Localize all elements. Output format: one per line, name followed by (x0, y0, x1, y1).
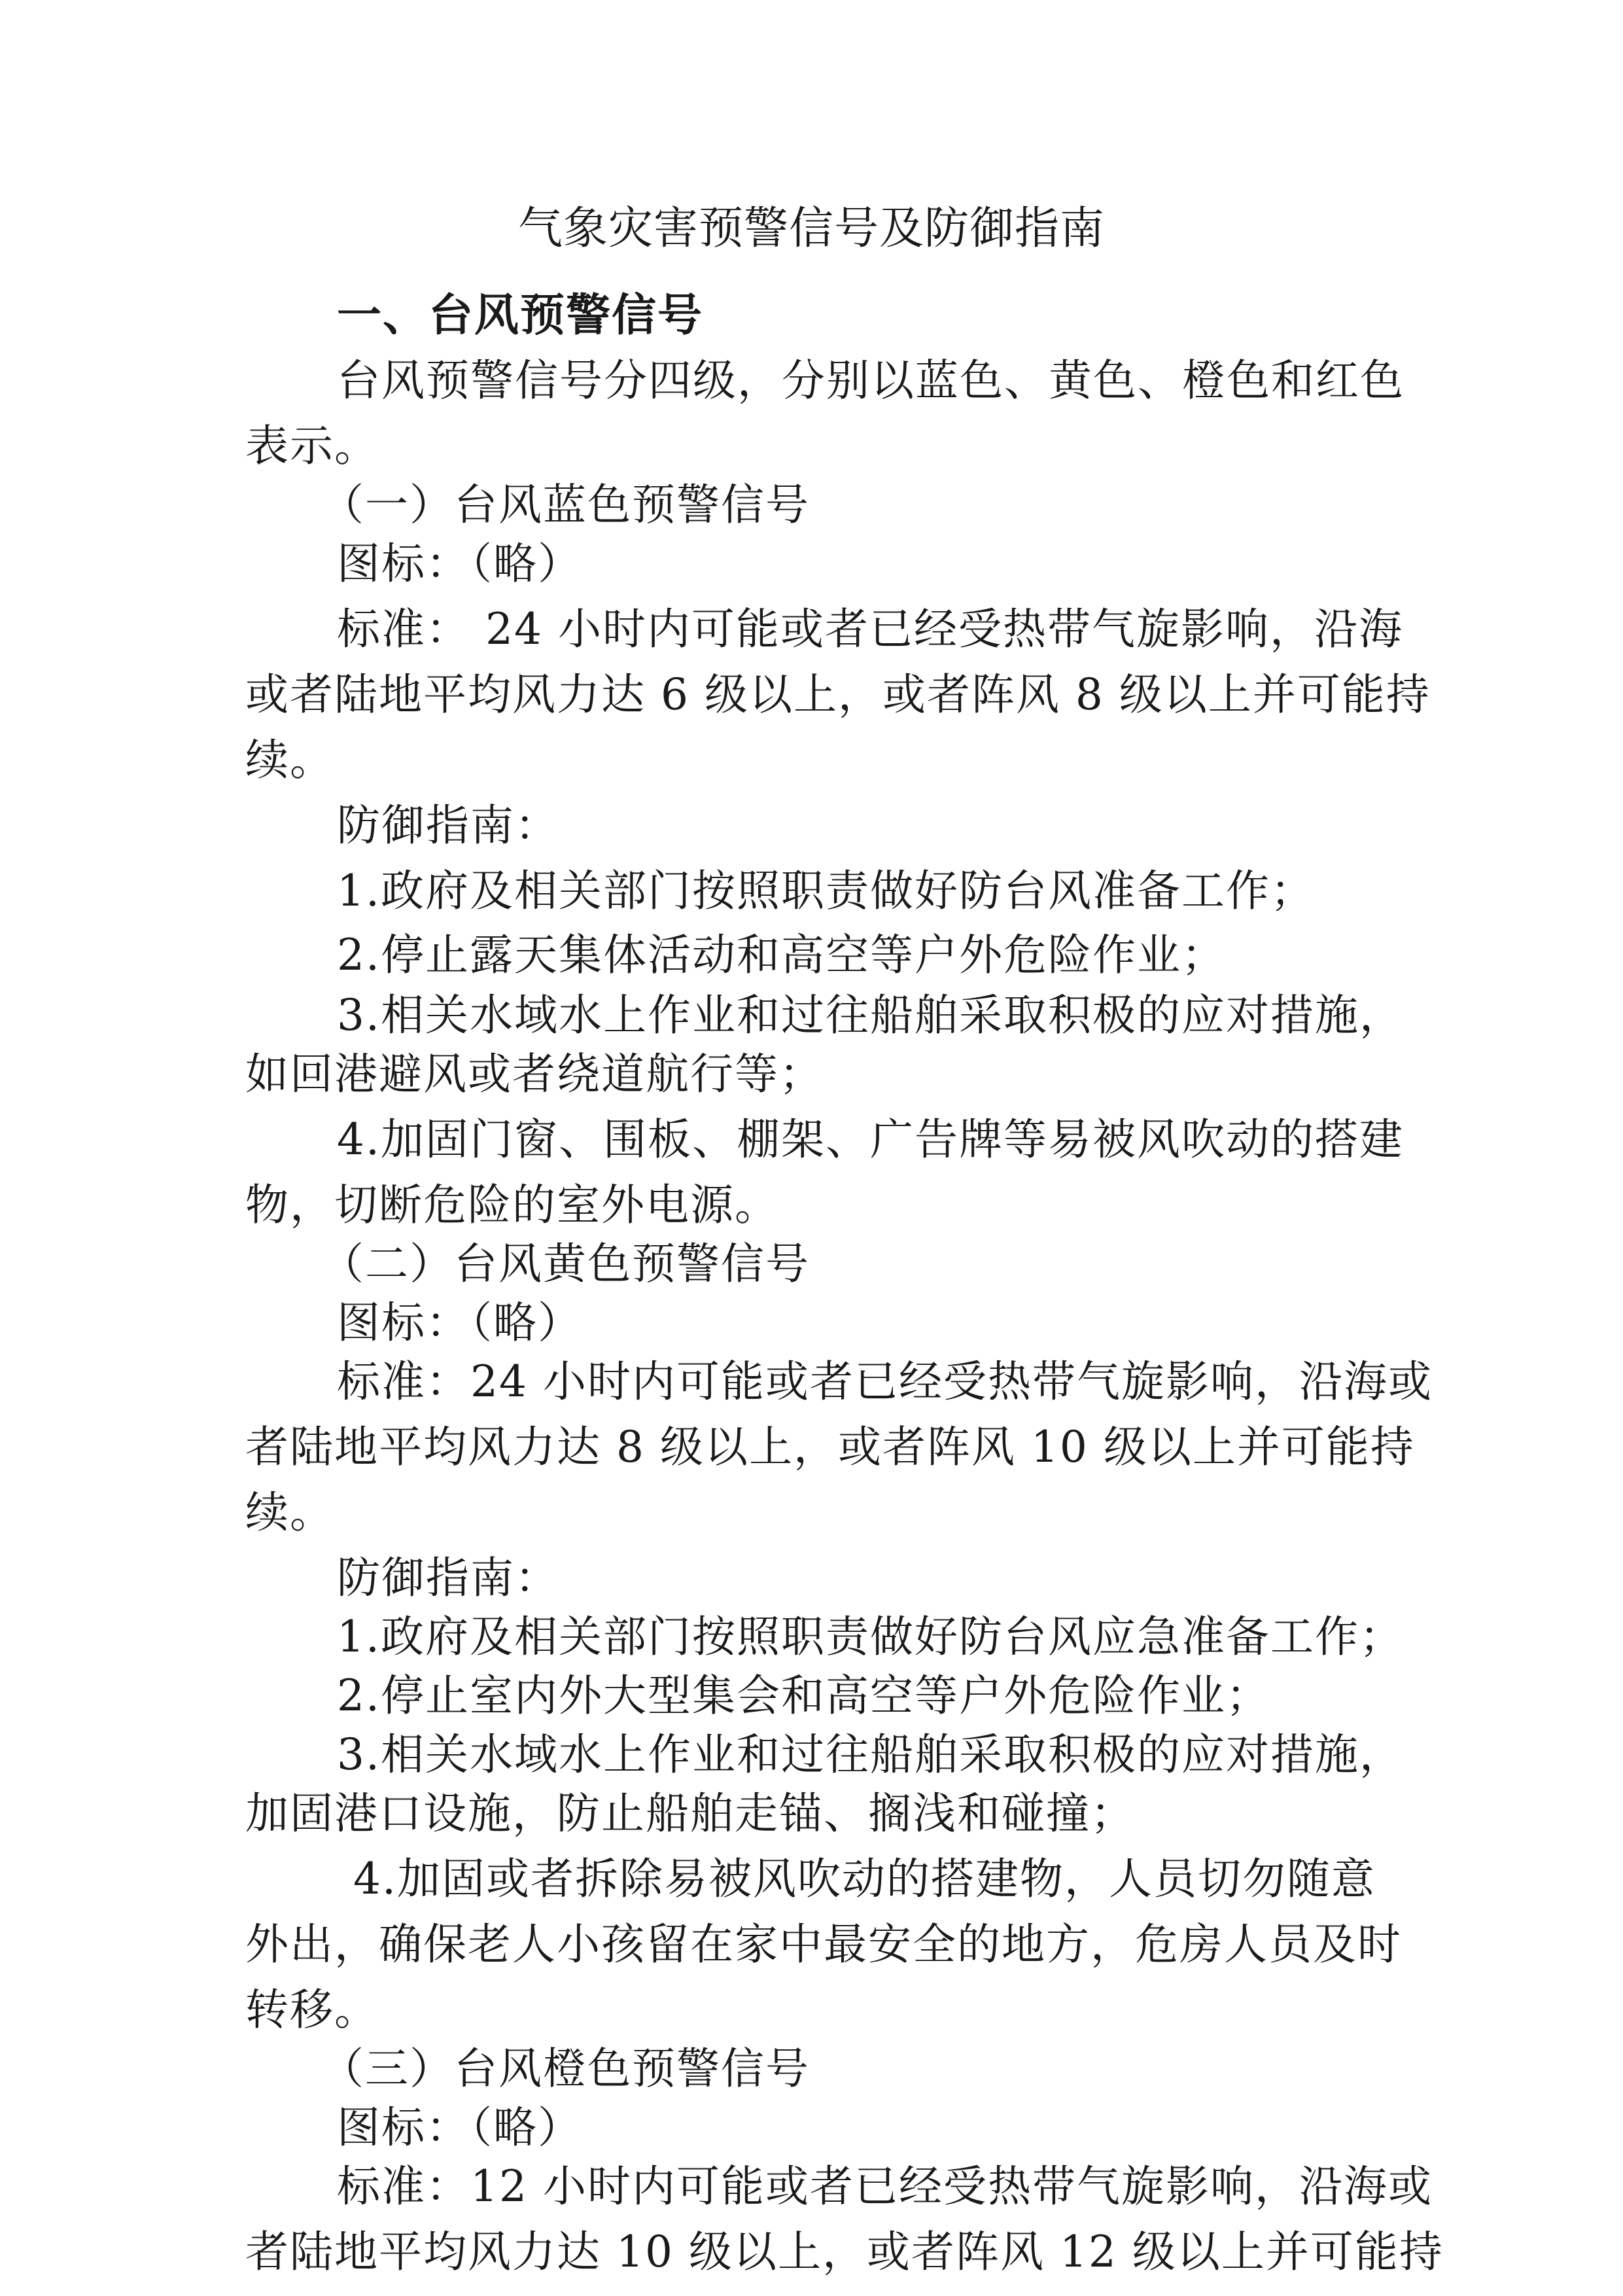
blue-guide-item-1: 1.政府及相关部门按照职责做好防台风准备工作； (337, 858, 1315, 924)
yellow-standard-line-2: 者陆地平均风力达 8 级以上，或者阵风 10 级以上并可能持 (245, 1415, 1415, 1480)
blue-guide-item-4: 4.加固门窗、围板、棚架、广告牌等易被风吹动的搭建 (337, 1107, 1404, 1173)
yellow-icon-line: 图标：（略） (337, 1290, 582, 1356)
blue-guide-item-2: 2.停止露天集体活动和高空等户外危险作业； (337, 923, 1226, 988)
yellow-guide-item-3-cont: 加固港口设施，防止船舶走锚、搁浅和碰撞； (245, 1781, 1135, 1846)
yellow-guide-item-2: 2.停止室内外大型集会和高空等户外危险作业； (337, 1663, 1270, 1729)
intro-line-1: 台风预警信号分四级，分别以蓝色、黄色、橙色和红色 (337, 348, 1405, 414)
intro-line-2: 表示。 (245, 414, 379, 479)
blue-icon-line: 图标：（略） (337, 531, 582, 597)
document-title: 气象灾害预警信号及防御指南 (0, 196, 1623, 262)
section-heading-typhoon: 一、台风预警信号 (337, 283, 703, 348)
blue-guide-label: 防御指南： (337, 793, 559, 858)
blue-standard-line-1: 标准： 24 小时内可能或者已经受热带气旋影响，沿海 (337, 597, 1403, 662)
yellow-guide-item-4: 4.加固或者拆除易被风吹动的搭建物，人员切勿随意 (353, 1846, 1376, 1912)
yellow-guide-item-4-cont: 外出，确保老人小孩留在家中最安全的地方，危房人员及时 (245, 1912, 1402, 1977)
subheading-yellow-signal: （二）台风黄色预警信号 (321, 1231, 810, 1297)
yellow-guide-item-4-cont-2: 转移。 (245, 1977, 379, 2043)
orange-standard-line-1: 标准：12 小时内可能或者已经受热带气旋影响，沿海或 (337, 2154, 1433, 2219)
yellow-guide-item-1: 1.政府及相关部门按照职责做好防台风应急准备工作； (337, 1604, 1404, 1670)
yellow-standard-line-3: 续。 (245, 1480, 334, 1545)
blue-standard-line-3: 续。 (245, 728, 334, 793)
blue-guide-item-4-cont: 物，切断危险的室外电源。 (245, 1173, 779, 1238)
document-page: 气象灾害预警信号及防御指南 一、台风预警信号 台风预警信号分四级，分别以蓝色、黄… (0, 0, 1623, 2296)
blue-guide-item-3-cont: 如回港避风或者绕道航行等； (245, 1042, 824, 1107)
yellow-guide-item-3: 3.相关水域水上作业和过往船舶采取积极的应对措施， (337, 1722, 1404, 1788)
subheading-blue-signal: （一）台风蓝色预警信号 (321, 472, 810, 538)
yellow-standard-line-1: 标准：24 小时内可能或者已经受热带气旋影响，沿海或 (337, 1349, 1433, 1415)
subheading-orange-signal: （三）台风橙色预警信号 (321, 2036, 810, 2102)
orange-standard-line-2: 者陆地平均风力达 10 级以上，或者阵风 12 级以上并可能持 (245, 2219, 1444, 2285)
orange-icon-line: 图标：（略） (337, 2095, 582, 2161)
yellow-guide-label: 防御指南： (337, 1545, 559, 1611)
blue-standard-line-2: 或者陆地平均风力达 6 级以上，或者阵风 8 级以上并可能持 (245, 662, 1431, 728)
blue-guide-item-3: 3.相关水域水上作业和过往船舶采取积极的应对措施， (337, 983, 1404, 1048)
